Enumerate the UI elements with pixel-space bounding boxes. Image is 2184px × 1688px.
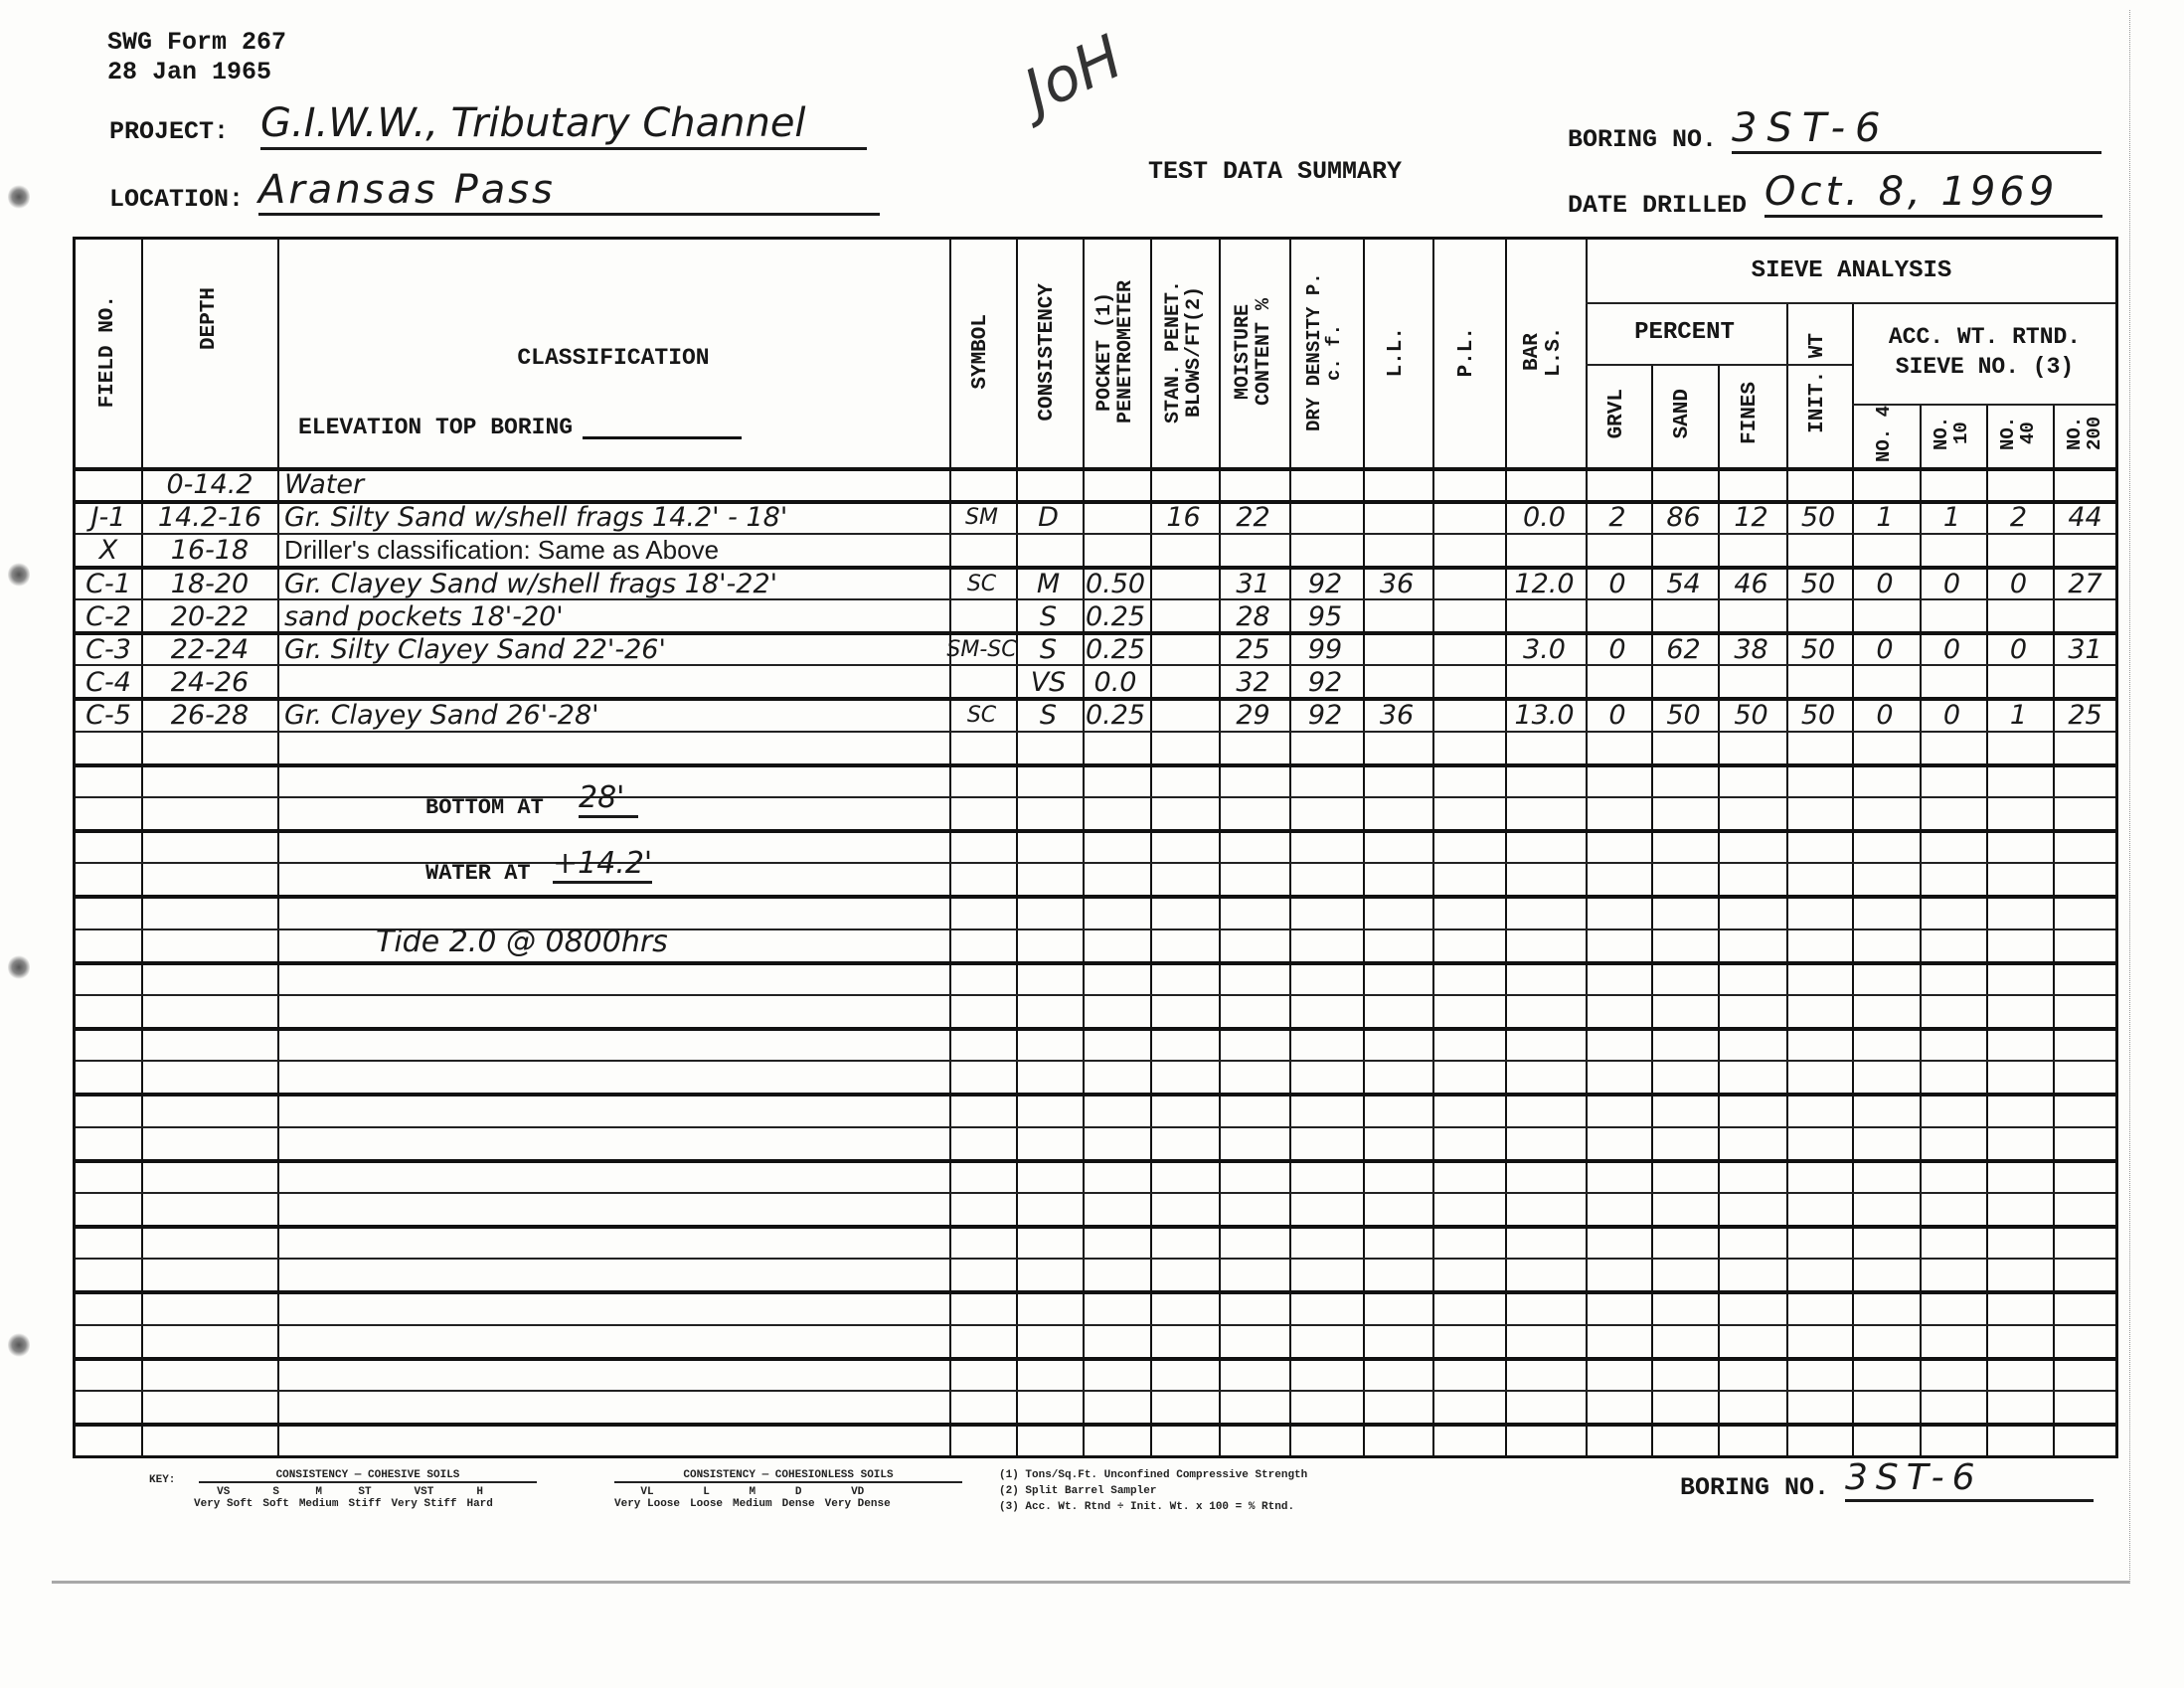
grvl-cell[interactable] [1585, 600, 1650, 633]
depth-cell[interactable]: 14.2-16 [142, 501, 277, 534]
depth-cell[interactable]: 22-24 [142, 633, 277, 666]
bottom-at-label: BOTTOM AT [425, 795, 544, 820]
header-consistency: CONSISTENCY [1015, 240, 1082, 464]
no10-cell[interactable]: 0 [1919, 568, 1985, 600]
depth-cell[interactable]: 0-14.2 [142, 468, 277, 501]
header-percent: PERCENT [1585, 301, 1784, 363]
scan-punch-mark-icon [8, 184, 30, 210]
classification-cell[interactable]: Gr. Clayey Sand 26'-28' [278, 699, 948, 732]
header-pl: P.L. [1431, 240, 1504, 464]
dry-density-cell[interactable]: 92 [1288, 568, 1362, 600]
header-moisture: MOISTURE CONTENT % [1218, 240, 1288, 464]
no4-cell[interactable] [1851, 666, 1919, 699]
ll-cell[interactable] [1362, 666, 1431, 699]
field-no-cell[interactable]: J-1 [76, 501, 141, 534]
key-cohesive-title: CONSISTENCY — COHESIVE SOILS [199, 1469, 537, 1483]
bar-ls-cell[interactable]: 12.0 [1504, 568, 1585, 600]
header-classification: CLASSIFICATION [278, 338, 948, 378]
init-wt-cell[interactable] [1785, 666, 1851, 699]
init-wt-cell[interactable]: 50 [1785, 699, 1851, 732]
form-number: SWG Form 267 [107, 28, 286, 58]
sand-cell[interactable]: 54 [1650, 568, 1717, 600]
no40-cell[interactable] [1985, 468, 2052, 501]
no40-cell[interactable] [1985, 534, 2052, 567]
no10-cell[interactable]: 0 [1919, 699, 1985, 732]
key-item: HHard [466, 1486, 492, 1510]
no40-cell[interactable] [1985, 600, 2052, 633]
fines-cell[interactable]: 46 [1717, 568, 1785, 600]
symbol-cell[interactable]: SC [948, 568, 1015, 600]
footer-boring-no-label: BORING NO. [1680, 1473, 1829, 1502]
no10-cell[interactable]: 0 [1919, 633, 1985, 666]
no200-cell[interactable] [2052, 468, 2118, 501]
init-wt-cell[interactable]: 50 [1785, 568, 1851, 600]
key-item: STStiff [348, 1486, 381, 1510]
header-fines: FINES [1717, 363, 1785, 464]
moisture-cell[interactable] [1218, 468, 1288, 501]
key-item: DDense [782, 1486, 815, 1510]
ll-cell[interactable]: 36 [1362, 699, 1431, 732]
ll-cell[interactable] [1362, 501, 1431, 534]
sand-cell[interactable] [1650, 600, 1717, 633]
tide-note: Tide 2.0 @ 0800hrs [376, 925, 668, 959]
consistency-cell[interactable] [1015, 534, 1082, 567]
grvl-cell[interactable]: 0 [1585, 568, 1650, 600]
bar-ls-cell[interactable] [1504, 600, 1585, 633]
stan-penet-cell[interactable] [1149, 600, 1218, 633]
pl-cell[interactable] [1431, 468, 1504, 501]
grvl-cell[interactable]: 0 [1585, 633, 1650, 666]
scan-punch-mark-icon [8, 562, 30, 588]
header-elevation-top-boring: ELEVATION TOP BORING [298, 413, 742, 442]
symbol-cell[interactable] [948, 600, 1015, 633]
dry-density-cell[interactable]: 92 [1288, 699, 1362, 732]
header-no4: NO. 4 [1851, 403, 1919, 464]
pocket-penetrometer-cell[interactable]: 0.0 [1082, 666, 1149, 699]
fines-cell[interactable]: 12 [1717, 501, 1785, 534]
no10-cell[interactable]: 1 [1919, 501, 1985, 534]
fines-cell[interactable]: 50 [1717, 699, 1785, 732]
pl-cell[interactable] [1431, 633, 1504, 666]
no40-cell[interactable]: 2 [1985, 501, 2052, 534]
bar-ls-cell[interactable] [1504, 534, 1585, 567]
init-wt-cell[interactable] [1785, 468, 1851, 501]
symbol-cell[interactable]: SM-SC [948, 633, 1015, 666]
pl-cell[interactable] [1431, 699, 1504, 732]
project-field[interactable]: G.I.W.W., Tributary Channel [260, 99, 867, 150]
dry-density-cell[interactable] [1288, 534, 1362, 567]
fines-cell[interactable] [1717, 468, 1785, 501]
header-sieve-analysis: SIEVE ANALYSIS [1585, 240, 2118, 301]
header-field-no: FIELD NO. [76, 240, 141, 464]
symbol-cell[interactable]: SM [948, 501, 1015, 534]
key-item: MMedium [733, 1486, 772, 1510]
ll-cell[interactable]: 36 [1362, 568, 1431, 600]
no40-cell[interactable]: 1 [1985, 699, 2052, 732]
no4-cell[interactable]: 0 [1851, 699, 1919, 732]
no10-cell[interactable] [1919, 468, 1985, 501]
pl-cell[interactable] [1431, 666, 1504, 699]
no4-cell[interactable] [1851, 600, 1919, 633]
field-no-cell[interactable]: C-5 [76, 699, 141, 732]
boring-no-field[interactable]: 3ST-6 [1732, 105, 2101, 154]
header-no10: NO. 10 [1919, 403, 1985, 464]
classification-cell[interactable]: Gr. Silty Sand w/shell frags 14.2' - 18' [278, 501, 948, 534]
pl-cell[interactable] [1431, 568, 1504, 600]
field-no-cell[interactable]: C-4 [76, 666, 141, 699]
sand-cell[interactable] [1650, 534, 1717, 567]
header-pocket-penetrometer: POCKET (1) PENETROMETER [1082, 240, 1149, 464]
bar-ls-cell[interactable]: 13.0 [1504, 699, 1585, 732]
no4-cell[interactable] [1851, 468, 1919, 501]
field-no-cell[interactable]: C-1 [76, 568, 141, 600]
bar-ls-cell[interactable] [1504, 666, 1585, 699]
moisture-cell[interactable]: 22 [1218, 501, 1288, 534]
key-cohesive-list: VSVery Soft SSoft MMedium STStiff VSTVer… [194, 1486, 493, 1510]
no10-cell[interactable] [1919, 534, 1985, 567]
header-no200: NO. 200 [2052, 403, 2118, 464]
depth-cell[interactable]: 20-22 [142, 600, 277, 633]
fines-cell[interactable]: 38 [1717, 633, 1785, 666]
depth-cell[interactable]: 18-20 [142, 568, 277, 600]
field-no-cell[interactable]: C-2 [76, 600, 141, 633]
symbol-cell[interactable] [948, 666, 1015, 699]
init-wt-cell[interactable]: 50 [1785, 501, 1851, 534]
bar-ls-cell[interactable]: 3.0 [1504, 633, 1585, 666]
classification-cell[interactable] [278, 666, 948, 699]
key-item: VSTVery Stiff [391, 1486, 456, 1510]
footer-boring-no-field[interactable]: 3ST-6 [1845, 1457, 2094, 1502]
symbol-cell[interactable] [948, 468, 1015, 501]
key-item: VSVery Soft [194, 1486, 252, 1510]
grvl-cell[interactable] [1585, 534, 1650, 567]
sand-cell[interactable]: 62 [1650, 633, 1717, 666]
moisture-cell[interactable]: 31 [1218, 568, 1288, 600]
classification-cell[interactable]: Water [278, 468, 948, 501]
dry-density-cell[interactable]: 99 [1288, 633, 1362, 666]
depth-cell[interactable]: 26-28 [142, 699, 277, 732]
dry-density-cell[interactable]: 95 [1288, 600, 1362, 633]
ll-cell[interactable] [1362, 633, 1431, 666]
no10-cell[interactable] [1919, 666, 1985, 699]
header-acc-wt-rtnd: ACC. WT. RTND. SIEVE NO. (3) [1851, 301, 2118, 403]
form-date: 28 Jan 1965 [107, 58, 271, 87]
pocket-penetrometer-cell[interactable]: 0.25 [1082, 633, 1149, 666]
stan-penet-cell[interactable] [1149, 699, 1218, 732]
stan-penet-cell[interactable] [1149, 666, 1218, 699]
no200-cell[interactable]: 31 [2052, 633, 2118, 666]
key-item: VDVery Dense [825, 1486, 891, 1510]
no200-cell[interactable]: 44 [2052, 501, 2118, 534]
no200-cell[interactable] [2052, 534, 2118, 567]
stan-penet-cell[interactable] [1149, 568, 1218, 600]
sand-cell[interactable]: 86 [1650, 501, 1717, 534]
page-title: TEST DATA SUMMARY [1148, 157, 1402, 186]
no200-cell[interactable] [2052, 666, 2118, 699]
grvl-cell[interactable]: 0 [1585, 699, 1650, 732]
consistency-cell[interactable]: S [1015, 699, 1082, 732]
location-field[interactable]: Aransas Pass [258, 167, 880, 216]
no200-cell[interactable] [2052, 600, 2118, 633]
key-item: MMedium [299, 1486, 339, 1510]
moisture-cell[interactable]: 29 [1218, 699, 1288, 732]
dry-density-cell[interactable] [1288, 468, 1362, 501]
pocket-penetrometer-cell[interactable] [1082, 468, 1149, 501]
no200-cell[interactable]: 25 [2052, 699, 2118, 732]
moisture-cell[interactable]: 28 [1218, 600, 1288, 633]
water-at-label: WATER AT [425, 861, 531, 886]
key-label: KEY: [149, 1474, 175, 1486]
fines-cell[interactable] [1717, 666, 1785, 699]
header-depth: DEPTH [142, 240, 277, 399]
pocket-penetrometer-cell[interactable]: 0.50 [1082, 568, 1149, 600]
stan-penet-cell[interactable]: 16 [1149, 501, 1218, 534]
pocket-penetrometer-cell[interactable]: 0.25 [1082, 600, 1149, 633]
no200-cell[interactable]: 27 [2052, 568, 2118, 600]
sand-cell[interactable]: 50 [1650, 699, 1717, 732]
field-no-cell[interactable] [76, 468, 141, 501]
pocket-penetrometer-cell[interactable] [1082, 534, 1149, 567]
dry-density-cell[interactable]: 92 [1288, 666, 1362, 699]
pl-cell[interactable] [1431, 534, 1504, 567]
scan-punch-mark-icon [8, 954, 30, 980]
consistency-cell[interactable]: M [1015, 568, 1082, 600]
header-sand: SAND [1650, 363, 1717, 464]
fines-cell[interactable] [1717, 534, 1785, 567]
bar-ls-cell[interactable] [1504, 468, 1585, 501]
classification-cell[interactable]: Gr. Clayey Sand w/shell frags 18'-22' [278, 568, 948, 600]
pl-cell[interactable] [1431, 600, 1504, 633]
moisture-cell[interactable]: 32 [1218, 666, 1288, 699]
init-wt-cell[interactable] [1785, 600, 1851, 633]
consistency-cell[interactable]: VS [1015, 666, 1082, 699]
no4-cell[interactable]: 0 [1851, 568, 1919, 600]
classification-cell[interactable]: Gr. Silty Clayey Sand 22'-26' [278, 633, 948, 666]
key-item: SSoft [262, 1486, 288, 1510]
header-bar-ls: BAR L.S. [1504, 240, 1585, 464]
no40-cell[interactable] [1985, 666, 2052, 699]
sand-cell[interactable] [1650, 468, 1717, 501]
sand-cell[interactable] [1650, 666, 1717, 699]
key-cohesionless-title: CONSISTENCY — COHESIONLESS SOILS [614, 1469, 962, 1483]
elevation-field[interactable] [583, 417, 742, 439]
no4-cell[interactable]: 1 [1851, 501, 1919, 534]
project-label: PROJECT: [109, 117, 229, 146]
key-notes: (1) Tons/Sq.Ft. Unconfined Compressive S… [999, 1467, 1307, 1515]
bottom-at-field[interactable]: 28' [579, 781, 638, 818]
stan-penet-cell[interactable] [1149, 468, 1218, 501]
header-grvl: GRVL [1585, 363, 1650, 464]
stan-penet-cell[interactable] [1149, 534, 1218, 567]
classification-cell[interactable]: Driller's classification: Same as Above [278, 534, 948, 567]
depth-cell[interactable]: 16-18 [142, 534, 277, 567]
init-wt-cell[interactable] [1785, 534, 1851, 567]
pocket-penetrometer-cell[interactable] [1082, 501, 1149, 534]
boring-no-label: BORING NO. [1568, 125, 1717, 154]
no4-cell[interactable] [1851, 534, 1919, 567]
symbol-cell[interactable]: SC [948, 699, 1015, 732]
key-cohesionless-list: VLVery Loose LLoose MMedium DDense VDVer… [614, 1486, 891, 1510]
ll-cell[interactable] [1362, 468, 1431, 501]
key-item: LLoose [690, 1486, 723, 1510]
pl-cell[interactable] [1431, 501, 1504, 534]
date-drilled-field[interactable]: Oct. 8, 1969 [1764, 169, 2102, 218]
no40-cell[interactable]: 0 [1985, 568, 2052, 600]
grvl-cell[interactable]: 2 [1585, 501, 1650, 534]
grvl-cell[interactable] [1585, 468, 1650, 501]
bar-ls-cell[interactable]: 0.0 [1504, 501, 1585, 534]
dry-density-cell[interactable] [1288, 501, 1362, 534]
key-item: VLVery Loose [614, 1486, 680, 1510]
header-symbol: SYMBOL [948, 240, 1015, 464]
ll-cell[interactable] [1362, 534, 1431, 567]
classification-cell[interactable]: sand pockets 18'-20' [278, 600, 948, 633]
scan-punch-mark-icon [8, 1332, 30, 1358]
fines-cell[interactable] [1717, 600, 1785, 633]
field-no-cell[interactable]: C-3 [76, 633, 141, 666]
consistency-cell[interactable]: D [1015, 501, 1082, 534]
consistency-cell[interactable]: S [1015, 600, 1082, 633]
no10-cell[interactable] [1919, 600, 1985, 633]
no4-cell[interactable]: 0 [1851, 633, 1919, 666]
depth-cell[interactable]: 24-26 [142, 666, 277, 699]
header-no40: NO. 40 [1985, 403, 2052, 464]
header-ll: L.L. [1362, 240, 1431, 464]
water-at-field[interactable]: +14.2' [553, 847, 652, 884]
symbol-cell[interactable] [948, 534, 1015, 567]
grvl-cell[interactable] [1585, 666, 1650, 699]
header-dry-density: DRY DENSITY P. c. f. [1288, 240, 1362, 464]
no40-cell[interactable]: 0 [1985, 633, 2052, 666]
stan-penet-cell[interactable] [1149, 633, 1218, 666]
ll-cell[interactable] [1362, 600, 1431, 633]
moisture-cell[interactable] [1218, 534, 1288, 567]
consistency-cell[interactable] [1015, 468, 1082, 501]
init-wt-cell[interactable]: 50 [1785, 633, 1851, 666]
pocket-penetrometer-cell[interactable]: 0.25 [1082, 699, 1149, 732]
header-stan-penet: STAN. PENET. BLOWS/FT(2) [1149, 240, 1218, 464]
moisture-cell[interactable]: 25 [1218, 633, 1288, 666]
location-label: LOCATION: [109, 185, 244, 214]
header-init-wt: INIT. WT [1785, 301, 1851, 464]
consistency-cell[interactable]: S [1015, 633, 1082, 666]
field-no-cell[interactable]: X [76, 534, 141, 567]
date-drilled-label: DATE DRILLED [1568, 191, 1747, 220]
